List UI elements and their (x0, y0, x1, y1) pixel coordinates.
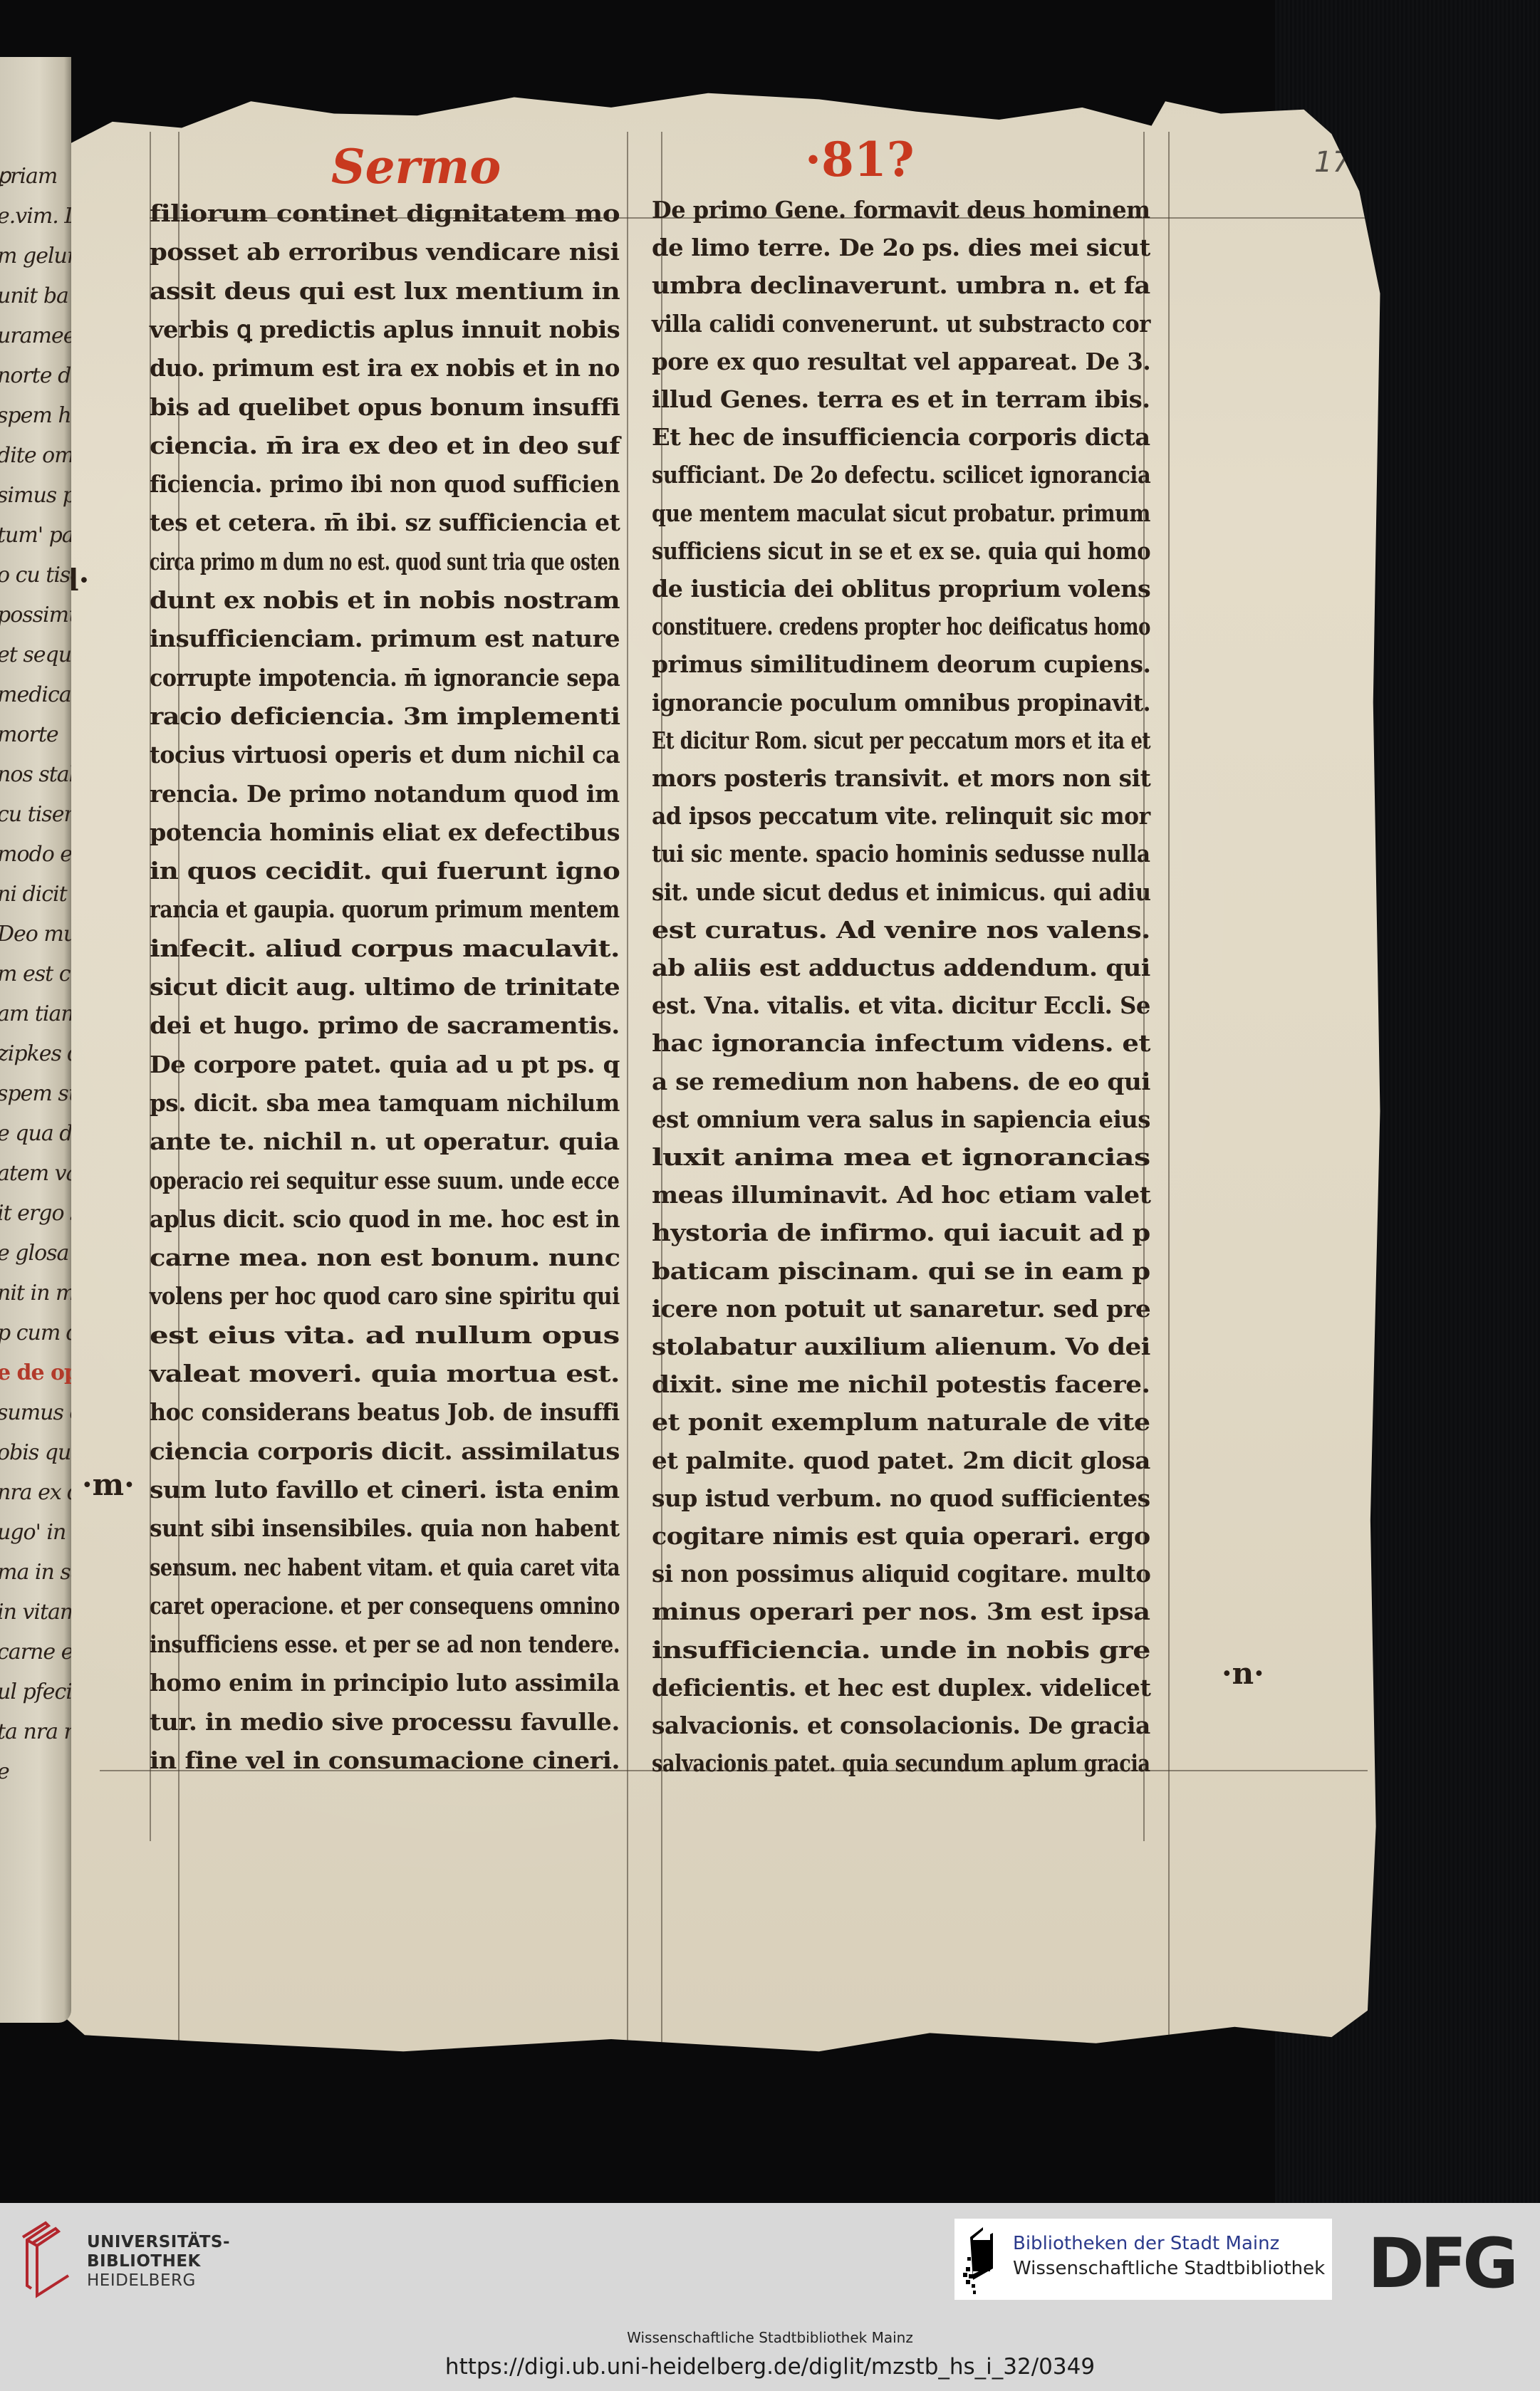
margin-section-letter: ·n· (1222, 1656, 1264, 1691)
manuscript-line: salvacionis patet. quia secundum aplum g… (652, 1749, 1150, 1778)
facing-page-line: in vitam (0, 1600, 71, 1625)
manuscript-line: ciencia corporis dicit. assimilatus (150, 1437, 620, 1466)
manuscript-line: ab aliis est adductus addendum. qui (652, 954, 1150, 982)
facing-page-line: obis quasi (0, 1440, 71, 1465)
manuscript-line: in quos cecidit. qui fuerunt igno (150, 857, 620, 885)
manuscript-line: et palmite. quod patet. 2m dicit glosa (652, 1447, 1150, 1475)
manuscript-line: volens per hoc quod caro sine spiritu qu… (150, 1282, 620, 1311)
manuscript-line: dunt ex nobis et in nobis nostram (150, 586, 620, 615)
manuscript-line: infecit. aliud corpus maculavit. (150, 934, 620, 963)
facing-page-line: ma in sanct (0, 1560, 71, 1585)
manuscript-line: in fine vel in consumacione cineri. (150, 1746, 620, 1775)
manuscript-line: filiorum continet dignitatem mo (150, 199, 620, 228)
manuscript-line: verbis ꝗ predictis aplus innuit nobis (150, 316, 620, 344)
manuscript-leaf: Sermo ·81? 174 filiorum continet dignita… (57, 89, 1442, 2133)
facing-page-line: uramee (0, 323, 71, 348)
manuscript-line: carne mea. non est bonum. nunc (150, 1244, 620, 1272)
manuscript-line: posset ab erroribus vendicare nisi (150, 238, 619, 266)
facing-page-line: atem valet (0, 1161, 71, 1186)
manuscript-line: assit deus qui est lux mentium in (150, 277, 620, 306)
manuscript-line: sit. unde sicut dedus et inimicus. qui a… (652, 878, 1150, 907)
manuscript-line: sensum. nec habent vitam. et quia caret … (150, 1553, 620, 1582)
facing-page-line: possimus (0, 603, 71, 627)
manuscript-line: est curatus. Ad venire nos valens. (652, 916, 1150, 944)
facing-page-line: ꝑriam (0, 164, 57, 189)
manuscript-line: a se remedium non habens. de eo qui (652, 1068, 1150, 1096)
facing-page-line: m est ci (0, 962, 71, 986)
ub-heidelberg-logo-icon (17, 2219, 74, 2304)
manuscript-line: est omnium vera salus in sapiencia eius (652, 1105, 1150, 1134)
manuscript-line: duo. primum est ira ex nobis et in no (150, 354, 620, 382)
facing-page-line: simus per (0, 483, 71, 508)
footer-bar: UNIVERSITÄTS- BIBLIOTHEK HEIDELBERG Bibl… (0, 2203, 1540, 2391)
facing-page-line: sumus cog (0, 1400, 71, 1425)
manuscript-line: rancia et gaupia. quorum primum mentem (150, 895, 620, 924)
facing-page-line: nit in mo (0, 1281, 71, 1306)
image-viewer: ꝑriame.vim. Dram gelumunit baurameenorte… (0, 0, 1540, 2203)
manuscript-line: deficientis. et hec est duplex. videlice… (652, 1674, 1150, 1702)
manuscript-line: hac ignorancia infectum videns. et (652, 1029, 1150, 1058)
facing-page-line: carne et spu (0, 1640, 71, 1665)
manuscript-line: corrupte impotencia. m̄ ignorancie sepa (150, 664, 620, 692)
manuscript-line: salvacionis. et consolacionis. De gracia (652, 1712, 1150, 1740)
mainz-logo-line-1: Bibliotheken der Stadt Mainz (1013, 2233, 1279, 2254)
facing-page-line: e.vim. Dra (0, 204, 71, 229)
manuscript-line: est eius vita. ad nullum opus (150, 1321, 620, 1350)
margin-section-letter: ·m· (82, 1467, 135, 1502)
facing-page-line: spem hi (0, 403, 71, 428)
facing-page-line: norte di (0, 363, 71, 388)
ub-heidelberg-wordmark: UNIVERSITÄTS- BIBLIOTHEK HEIDELBERG (87, 2233, 230, 2291)
manuscript-line: ficiencia. primo ibi non quod sufficien (150, 470, 620, 499)
manuscript-line: illud Genes. terra es et in terram ibis. (652, 385, 1150, 414)
facing-page-line: medicam (0, 682, 71, 707)
manuscript-line: ciencia. m̄ ira ex deo et in deo suf (150, 432, 620, 460)
folio-number: 174 (1314, 146, 1368, 179)
mainz-logo-line-2: Wissenschaftliche Stadtbibliothek (1013, 2258, 1325, 2279)
manuscript-line: sunt sibi insensibiles. quia non habent (150, 1514, 620, 1543)
manuscript-line: sum luto favillo et cineri. ista enim (150, 1476, 620, 1504)
facing-page-line: e qua dic (0, 1121, 71, 1146)
manuscript-line: tur. in medio sive processu favulle. (150, 1708, 620, 1736)
facing-page-line: tum' pac (0, 523, 71, 548)
manuscript-line: ignorancie poculum omnibus propinavit. (652, 689, 1150, 717)
manuscript-line: De corpore patet. quia ad u pt ps. q (150, 1051, 620, 1079)
ruling-line (627, 132, 628, 2055)
book-pixel-icon (962, 2224, 997, 2296)
manuscript-line: meas illuminavit. Ad hoc etiam valet (652, 1181, 1150, 1209)
facing-page-line: morte (0, 722, 58, 747)
manuscript-line: villa calidi convenerunt. ut substracto … (652, 310, 1150, 338)
facing-page-line: p cum dicit (0, 1320, 71, 1345)
manuscript-line: dixit. sine me nichil potestis facere. (652, 1370, 1150, 1399)
manuscript-line: operacio rei sequitur esse suum. unde ec… (150, 1167, 620, 1195)
manuscript-line: pore ex quo resultat vel appareat. De 3. (652, 348, 1150, 376)
manuscript-line: insufficienciam. primum est nature (150, 625, 620, 653)
manuscript-line: sicut dicit aug. ultimo de trinitate (150, 973, 620, 1001)
facing-page-line: am tiam (0, 1001, 71, 1026)
manuscript-line: et ponit exemplum naturale de vite (652, 1408, 1150, 1437)
ub-line-2: BIBLIOTHEK (87, 2252, 230, 2271)
manuscript-line: tocius virtuosi operis et dum nichil ca (150, 741, 620, 769)
ub-line-1: UNIVERSITÄTS- (87, 2233, 230, 2252)
manuscript-line: valeat moveri. quia mortua est. (150, 1360, 620, 1388)
manuscript-line: sufficiens sicut in se et ex se. quia qu… (652, 537, 1150, 566)
manuscript-line: dei et hugo. primo de sacramentis. (150, 1011, 620, 1040)
facing-page-line: modo eundit (0, 842, 71, 867)
dfg-logo: DFG (1368, 2231, 1514, 2296)
manuscript-line: circa primo m dum no est. quod sunt tria… (150, 548, 620, 576)
manuscript-line: tes et cetera. m̄ ibi. sz sufficiencia e… (150, 509, 620, 537)
manuscript-line: baticam piscinam. qui se in eam p (652, 1257, 1150, 1286)
facing-page-line: nra ex deo (0, 1480, 71, 1505)
facing-page-line: cu tisent (0, 802, 71, 827)
manuscript-line: insufficiens esse. et per se ad non tend… (150, 1630, 620, 1659)
manuscript-line: mors posteris transivit. et mors non sit (652, 764, 1150, 793)
manuscript-line: tui sic mente. spacio hominis sedusse nu… (652, 840, 1150, 868)
manuscript-line: bis ad quelibet opus bonum insuffi (150, 393, 620, 422)
facing-page-line: e (0, 1759, 9, 1784)
manuscript-line: potencia hominis eliat ex defectibus (150, 818, 620, 847)
manuscript-line: que mentem maculat sicut probatur. primu… (652, 499, 1150, 528)
manuscript-line: racio deficiencia. 3m implementi (150, 702, 620, 731)
manuscript-line: caret operacione. et per consequens omni… (150, 1592, 620, 1620)
holding-institution-credit: Wissenschaftliche Stadtbibliothek Mainz (0, 2329, 1540, 2346)
manuscript-line: est. Vna. vitalis. et vita. dicitur Eccl… (652, 991, 1150, 1020)
facing-page-line: m gelum (0, 244, 71, 269)
facing-page-line: e de ope (0, 1360, 71, 1385)
facing-page-edge: ꝑriame.vim. Dram gelumunit baurameenorte… (0, 57, 71, 2023)
manuscript-line: ad ipsos peccatum vite. relinquit sic mo… (652, 802, 1150, 830)
manuscript-line: sup istud verbum. no quod sufficientes (652, 1484, 1150, 1513)
mainz-library-logo: Bibliotheken der Stadt Mainz Wissenschaf… (954, 2219, 1332, 2300)
manuscript-line: ante te. nichil n. ut operatur. quia (150, 1127, 620, 1156)
manuscript-line: aplus dicit. scio quod in me. hoc est in (150, 1205, 620, 1234)
running-title-left: Sermo (331, 139, 501, 194)
facing-page-line: unit ba (0, 283, 68, 308)
permalink-url[interactable]: https://digi.ub.uni-heidelberg.de/diglit… (0, 2354, 1540, 2380)
facing-page-line: et sequitur (0, 642, 71, 667)
manuscript-line: sufficiant. De 2o defectu. scilicet igno… (652, 461, 1150, 489)
facing-page-line: zipkes di (0, 1041, 71, 1066)
manuscript-line: hoc considerans beatus Job. de insuffi (150, 1398, 620, 1427)
facing-page-line: ta nra nos (0, 1719, 71, 1744)
manuscript-line: cogitare nimis est quia operari. ergo (652, 1522, 1150, 1551)
manuscript-line: icere non potuit ut sanaretur. sed pre (652, 1295, 1150, 1323)
manuscript-line: ps. dicit. sba mea tamquam nichilum (150, 1089, 620, 1118)
facing-page-line: nos stabit (0, 762, 71, 787)
manuscript-line: De primo Gene. formavit deus hominem (652, 196, 1150, 224)
manuscript-line: primus similitudinem deorum cupiens. (652, 650, 1150, 679)
manuscript-line: stolabatur auxilium alienum. Vo dei (652, 1333, 1150, 1361)
ruling-line (1168, 132, 1170, 2055)
facing-page-line: e glosa (0, 1241, 68, 1266)
facing-page-line: ul pfeciam (0, 1679, 71, 1704)
manuscript-line: rencia. De primo notandum quod im (150, 780, 620, 808)
manuscript-line: homo enim in principio luto assimila (150, 1669, 620, 1697)
manuscript-line: de limo terre. De 2o ps. dies mei sicut (652, 234, 1150, 262)
manuscript-line: luxit anima mea et ignorancias (652, 1143, 1150, 1172)
manuscript-line: insufficiencia. unde in nobis gre (652, 1636, 1150, 1665)
ub-line-3: HEIDELBERG (87, 2271, 230, 2291)
facing-page-line: spem suam (0, 1081, 71, 1106)
facing-page-line: ugo' in epla (0, 1520, 71, 1545)
facing-page-line: ni dicit (0, 882, 67, 907)
facing-page-line: Deo multa (0, 922, 71, 947)
facing-page-line: dite om (0, 443, 71, 468)
manuscript-line: Et hec de insufficiencia corporis dicta (652, 423, 1150, 452)
facing-page-line: it ergo su (0, 1201, 71, 1226)
running-title-right: ·81? (805, 132, 915, 187)
manuscript-line: Et dicitur Rom. sicut per peccatum mors … (652, 726, 1150, 755)
manuscript-line: hystoria de infirmo. qui iacuit ad p (652, 1219, 1150, 1247)
facing-page-line: o cu tisent (0, 563, 71, 588)
manuscript-line: de iusticia dei oblitus proprium volens (652, 575, 1150, 603)
manuscript-line: si non possimus aliquid cogitare. multo (652, 1560, 1150, 1588)
manuscript-line: minus operari per nos. 3m est ipsa (652, 1598, 1150, 1626)
manuscript-line: umbra declinaverunt. umbra n. et fa (652, 271, 1150, 300)
manuscript-line: constituere. credens propter hoc deifica… (652, 613, 1150, 641)
